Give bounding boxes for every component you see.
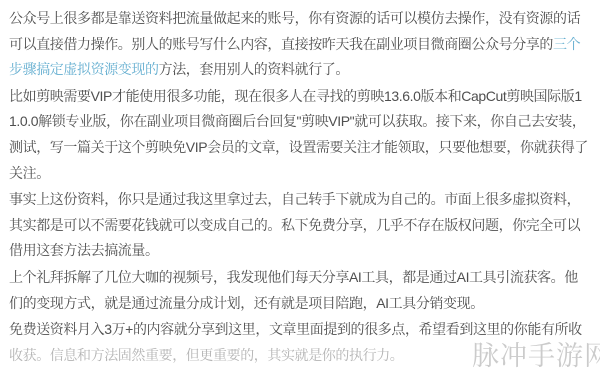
paragraph-jianying-vip: 比如剪映需要VIP才能使用很多功能，现在很多人在寻找的剪映13.6.0版本和Ca… (9, 84, 591, 186)
text-segment: 方法，套用别人的资料就行了。 (159, 61, 349, 77)
paragraph-intro: 公众号上很多都是靠送资料把流量做起来的账号，你有资源的话可以模仿去操作，没有资源… (9, 6, 591, 83)
text-segment: 免费送资料月入3万+的内容就分享到这里，文章里面提到的很多点，希望看到这里的你能… (9, 321, 582, 337)
text-segment: 公众号上很多都是靠送资料把流量做起来的账号，你有资源的话可以模仿去操作，没有资源… (9, 10, 580, 52)
paragraph-closing: 免费送资料月入3万+的内容就分享到这里，文章里面提到的很多点，希望看到这里的你能… (9, 317, 591, 368)
text-segment: 收获。信息和方法固然重要，但更重要的，其实就是你的执行力。 (9, 347, 403, 363)
text-segment: 上个礼拜拆解了几位大咖的视频号，我发现他们每天分享AI工具，都是通过AI工具引流… (9, 269, 578, 311)
paragraph-resource-reuse: 事实上这份资料，你只是通过我这里拿过去，自己转手下就成为自己的。市面上很多虚拟资… (9, 187, 591, 264)
article-body: 公众号上很多都是靠送资料把流量做起来的账号，你有资源的话可以模仿去操作，没有资源… (0, 0, 600, 368)
paragraph-ai-tools: 上个礼拜拆解了几位大咖的视频号，我发现他们每天分享AI工具，都是通过AI工具引流… (9, 265, 591, 316)
text-segment: 比如剪映需要VIP才能使用很多功能，现在很多人在寻找的剪映13.6.0版本和Ca… (9, 88, 588, 181)
text-segment: 事实上这份资料，你只是通过我这里拿过去，自己转手下就成为自己的。市面上很多虚拟资… (9, 191, 580, 258)
